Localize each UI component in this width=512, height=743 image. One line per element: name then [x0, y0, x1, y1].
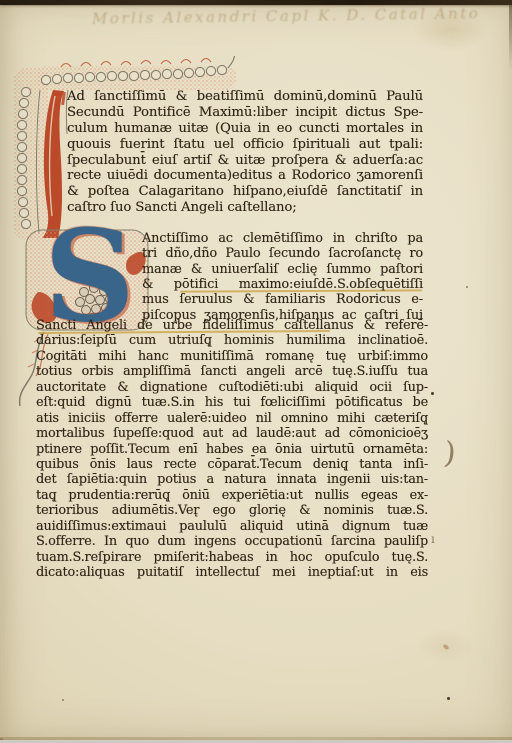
text-line: mus ſeruulus & familiaris Rodoricus e- [142, 292, 423, 307]
photo-top-edge [0, 0, 512, 5]
text-line: manæ & uniuerſaliſ eclię ſummo paſtori [142, 262, 423, 277]
text-line: totius orbis ampliſſimā ſancti angeli ar… [36, 364, 428, 379]
text-line: Sancti Angeli de urbe fideliſſimus caſte… [36, 318, 428, 333]
text-line: det ſapiētia:quin potius a natura innata… [36, 472, 428, 487]
text-line: recte uiuēdi documenta)editus a Rodorico… [67, 168, 423, 184]
text-line: caſtro ſuo Sancti Angeli caſtellano; [67, 200, 423, 216]
text-line: atis iniciis offerre ualerē:uideo nil om… [36, 411, 428, 426]
foxing-speck [447, 697, 450, 700]
text-line: quibus ōnis laus recte cōparat̄.Tecum de… [36, 457, 428, 472]
text-line: quouis fuerint ſtatu uel officio ſpiritu… [67, 137, 423, 153]
text-line: Ad ſanctiſſimū & beatiſſimū dominū,domin… [67, 89, 423, 105]
foxing-speck [62, 699, 64, 701]
text-line: terioribus adiumētis.Ver̨ ego glorię & n… [36, 503, 428, 518]
margin-annotation-bracket: ) [442, 435, 457, 471]
text-line: tri dño,dño Paulo ſecundo ſacroſanctę ro [142, 246, 423, 261]
dedication-paragraph-indented: Anctiſſimo ac clemētiſſimo in chriſto pa… [142, 231, 423, 323]
photo-of-incunable-page: Morlis Alexandri Capl K. D. Catal Antoni [0, 0, 512, 743]
text-line: ptinere poſſit.Tecum enī habes ea ōnia u… [36, 442, 428, 457]
text-line: eſt:quid dignū tuæ.S.in his tui fœliciſſ… [36, 395, 428, 410]
text-line: auidiſſimus:extimaui paululū aliquid uti… [36, 519, 428, 534]
text-line: darius:ſeipſū cum utriuſq̨ hominis humil… [36, 333, 428, 348]
faded-inscription: Morlis Alexandri Capl K. D. Catal Antoni [92, 4, 477, 37]
text-line: taq̨ prudentia:rerūq̨ ōniū experiētia:ut… [36, 488, 428, 503]
text-line: auctoritate & dignatione cuſtodiēti:ubi … [36, 380, 428, 395]
text-line: dicato:aliquas puitatiſ intellectuſ mei … [36, 565, 428, 580]
foxing-speck [431, 392, 434, 395]
incipit-paragraph: Ad ſanctiſſimū & beatiſſimū dominū,domin… [67, 89, 423, 216]
text-line: tuam.S.reſpirare pmiſerit:habeas in hoc … [36, 550, 428, 565]
foxing-stain [442, 644, 449, 650]
dedication-paragraph-full: Sancti Angeli de urbe fideliſſimus caſte… [36, 318, 428, 580]
text-line: culum humanæ uitæ (Quia in eo cuncti mor… [67, 121, 423, 137]
text-line: Anctiſſimo ac clemētiſſimo in chriſto pa [142, 231, 423, 246]
text-line: Secundū Pontificē Maximū:liber incipit d… [67, 105, 423, 121]
text-line: S.offerre. In quo dum ingens occupationū… [36, 534, 428, 549]
margin-annotation-tick: ı [431, 532, 435, 546]
text-line: mortalibus ſupeſſe:quod aut ad laudē:aut… [36, 426, 428, 441]
text-line: & pōtifici maximo:eiuſdē.S.obſequētiſſi [142, 277, 423, 292]
text-line: Cogitāti mihi hanc munitiſſimā romanę tu… [36, 349, 428, 364]
text-line: & poſtea Calagaritano hiſpano,eiuſdē ſan… [67, 184, 423, 200]
foxing-speck [466, 286, 468, 288]
text-line: ſpeculabunt̄ eiuſ artiſ & uitæ proſpera … [67, 153, 423, 169]
initial-letter-s: S [44, 226, 135, 326]
